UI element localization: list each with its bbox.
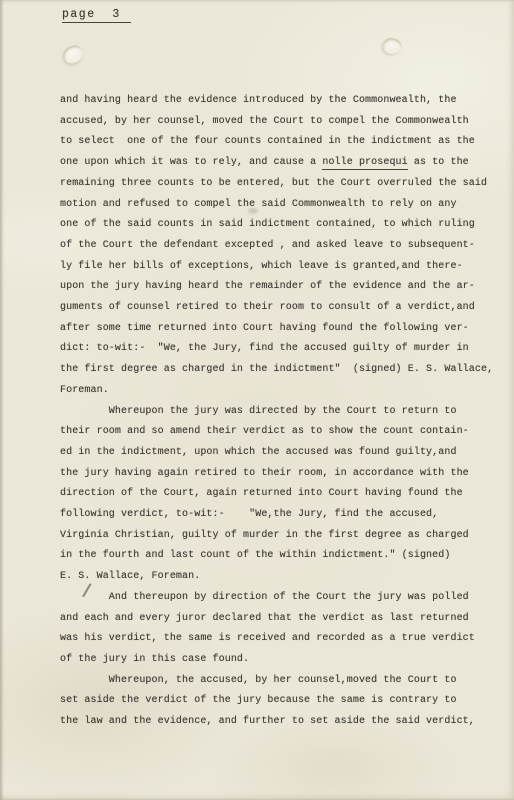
text-line: and having heard the evidence introduced… bbox=[60, 91, 500, 112]
line-segment: as to the bbox=[408, 157, 469, 168]
text-line: accused, by her counsel, moved the Court… bbox=[60, 112, 500, 133]
line-segment: one upon which it was to rely, and cause… bbox=[60, 157, 322, 168]
text-line: remaining three counts to be entered, bu… bbox=[60, 174, 500, 195]
text-line: Virginia Christian, guilty of murder in … bbox=[60, 526, 500, 547]
text-line: following verdict, to-wit:- "We,the Jury… bbox=[60, 505, 500, 526]
scanned-document-page: page 3 / and having heard the evidence i… bbox=[0, 0, 514, 800]
text-line: the jury having again retired to their r… bbox=[60, 464, 500, 485]
text-line: to select one of the four counts contain… bbox=[60, 132, 500, 153]
underlined-phrase: nolle prosequi bbox=[322, 157, 407, 170]
text-line: their room and so amend their verdict as… bbox=[60, 422, 500, 443]
text-line: set aside the verdict of the jury becaus… bbox=[60, 691, 500, 712]
paper-damage-spot bbox=[381, 35, 403, 56]
text-line: dict: to-wit:- "We, the Jury, find the a… bbox=[60, 339, 500, 360]
text-line: ed in the indictment, upon which the acc… bbox=[60, 443, 500, 464]
text-line: motion and refused to compel the said Co… bbox=[60, 195, 500, 216]
text-line: ly file her bills of exceptions, which l… bbox=[60, 257, 500, 278]
text-line: of the jury in this case found. bbox=[60, 650, 500, 671]
text-line: one of the said counts in said indictmen… bbox=[60, 215, 500, 236]
text-line: Foreman. bbox=[60, 381, 500, 402]
typewritten-text-block: and having heard the evidence introduced… bbox=[60, 91, 500, 733]
text-line: one upon which it was to rely, and cause… bbox=[60, 153, 500, 174]
text-line: of the Court the defendant excepted , an… bbox=[60, 236, 500, 257]
paper-damage-spot bbox=[61, 44, 85, 66]
text-line: E. S. Wallace, Foreman. bbox=[60, 567, 500, 588]
text-line: Whereupon, the accused, by her counsel,m… bbox=[60, 671, 500, 692]
text-line: upon the jury having heard the remainder… bbox=[60, 277, 500, 298]
text-line: in the fourth and last count of the with… bbox=[60, 546, 500, 567]
text-line: the law and the evidence, and further to… bbox=[60, 712, 500, 733]
text-line: And thereupon by direction of the Court … bbox=[60, 588, 500, 609]
text-line: the first degree as charged in the indic… bbox=[60, 360, 500, 381]
text-line: after some time returned into Court havi… bbox=[60, 319, 500, 340]
text-line: and each and every juror declared that t… bbox=[60, 609, 500, 630]
page-number: page 3 bbox=[62, 8, 131, 23]
text-line: Whereupon the jury was directed by the C… bbox=[60, 402, 500, 423]
text-line: direction of the Court, again returned i… bbox=[60, 484, 500, 505]
text-line: guments of counsel retired to their room… bbox=[60, 298, 500, 319]
text-line: was his verdict, the same is received an… bbox=[60, 629, 500, 650]
